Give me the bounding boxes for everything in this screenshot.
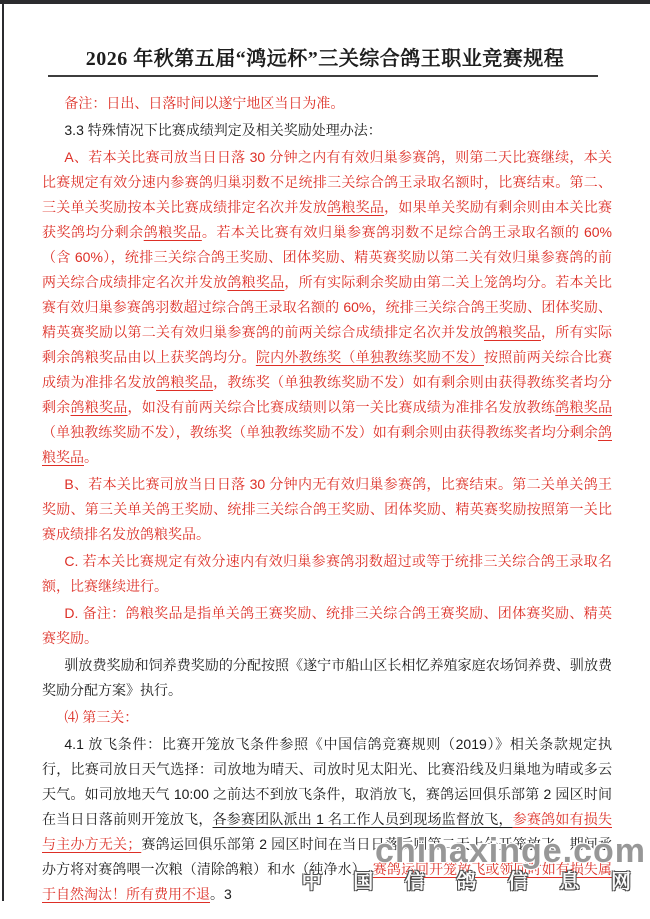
text-segment: 鸽粮奖品 <box>71 399 128 415</box>
text-segment: 鸽粮奖品 <box>555 399 612 415</box>
text-segment: 鸽粮奖品 <box>227 274 284 290</box>
paragraph-item-c: C. 若本关比赛规定有效分速内有效归巢参赛鸽羽数超过或等于统排三关综合鸽王录取名… <box>42 549 612 599</box>
page-title: 2026 年秋第五届“鸿远杯”三关综合鸽王职业竞赛规程 <box>40 42 610 71</box>
paragraph-fee-distribution: 驯放费奖励和饲养费奖励的分配按照《遂宁市船山区长相忆养殖家庭农场饲养费、驯放费奖… <box>42 653 612 703</box>
paragraph-item-a: A、若本关比赛司放当日日落 30 分钟之内有有效归巢参赛鸽，则第二天比赛继续，本… <box>42 145 612 470</box>
text-segment: 3.3 特殊情况下比赛成绩判定及相关奖励处理办法： <box>64 122 381 138</box>
text-segment: C. 若本关比赛规定有效分速内有效归巢参赛鸽羽数超过或等于统排三关综合鸽王录取名… <box>42 553 612 594</box>
paragraph-note-sunrise: 备注：日出、日落时间以遂宁地区当日为准。 <box>42 91 612 116</box>
text-segment: ⑷ 第三关： <box>64 709 138 725</box>
text-segment: （单独教练奖励不发），教练奖（单独教练奖励不发）如有剩余则由获得教练奖者均分剩余 <box>42 424 598 440</box>
page-left-border <box>2 0 4 901</box>
watermark-site-name: 中 国 信 鸽 信 息 网 <box>302 871 650 893</box>
text-segment: 。3 <box>210 886 232 902</box>
text-segment: 鸽粮奖品 <box>156 374 213 390</box>
text-segment: 各参赛团队派出 1 名工作人员到现场监督放飞， <box>213 811 513 827</box>
text-segment: 驯放费奖励和饲养费奖励的分配按照《遂宁市船山区长相忆养殖家庭农场饲养费、驯放费奖… <box>42 657 612 698</box>
watermark: chinaxinge.com 中 国 信 鸽 信 息 网 <box>302 834 650 893</box>
paragraph-section-3-3: 3.3 特殊情况下比赛成绩判定及相关奖励处理办法： <box>42 118 612 143</box>
document-page: 2026 年秋第五届“鸿远杯”三关综合鸽王职业竞赛规程 备注：日出、日落时间以遂… <box>0 0 650 919</box>
watermark-site-url: chinaxinge.com <box>302 834 650 868</box>
text-segment: 院内外教练奖（单独教练奖励不发） <box>256 349 484 365</box>
text-segment: 备注：日出、日落时间以遂宁地区当日为准。 <box>64 95 344 111</box>
paragraph-item-b: B、若本关比赛司放当日日落 30 分钟内无有效归巢参赛鸽，比赛结束。第二关单关鸽… <box>42 472 612 547</box>
text-segment: 鸽粮奖品 <box>327 199 384 215</box>
title-underline <box>48 75 598 77</box>
text-segment: 鸽粮奖品 <box>484 324 541 340</box>
page-top-border <box>0 0 650 4</box>
paragraph-item-d: D. 备注：鸽粮奖品是指单关鸽王赛奖励、统排三关综合鸽王赛奖励、团体赛奖励、精英… <box>42 601 612 651</box>
text-segment: ，如没有前两关综合比赛成绩则以第一关比赛成绩为准排名发放教练 <box>128 399 556 415</box>
text-segment: D. 备注：鸽粮奖品是指单关鸽王赛奖励、统排三关综合鸽王赛奖励、团体赛奖励、精英… <box>42 605 612 646</box>
document-body: 备注：日出、日落时间以遂宁地区当日为准。3.3 特殊情况下比赛成绩判定及相关奖励… <box>42 91 612 907</box>
text-segment: 鸽粮奖品 <box>144 224 202 240</box>
text-segment: B、若本关比赛司放当日日落 30 分钟内无有效归巢参赛鸽，比赛结束。第二关单关鸽… <box>42 476 612 542</box>
paragraph-section-4-third-gate: ⑷ 第三关： <box>42 705 612 730</box>
text-segment: 。 <box>84 449 98 465</box>
